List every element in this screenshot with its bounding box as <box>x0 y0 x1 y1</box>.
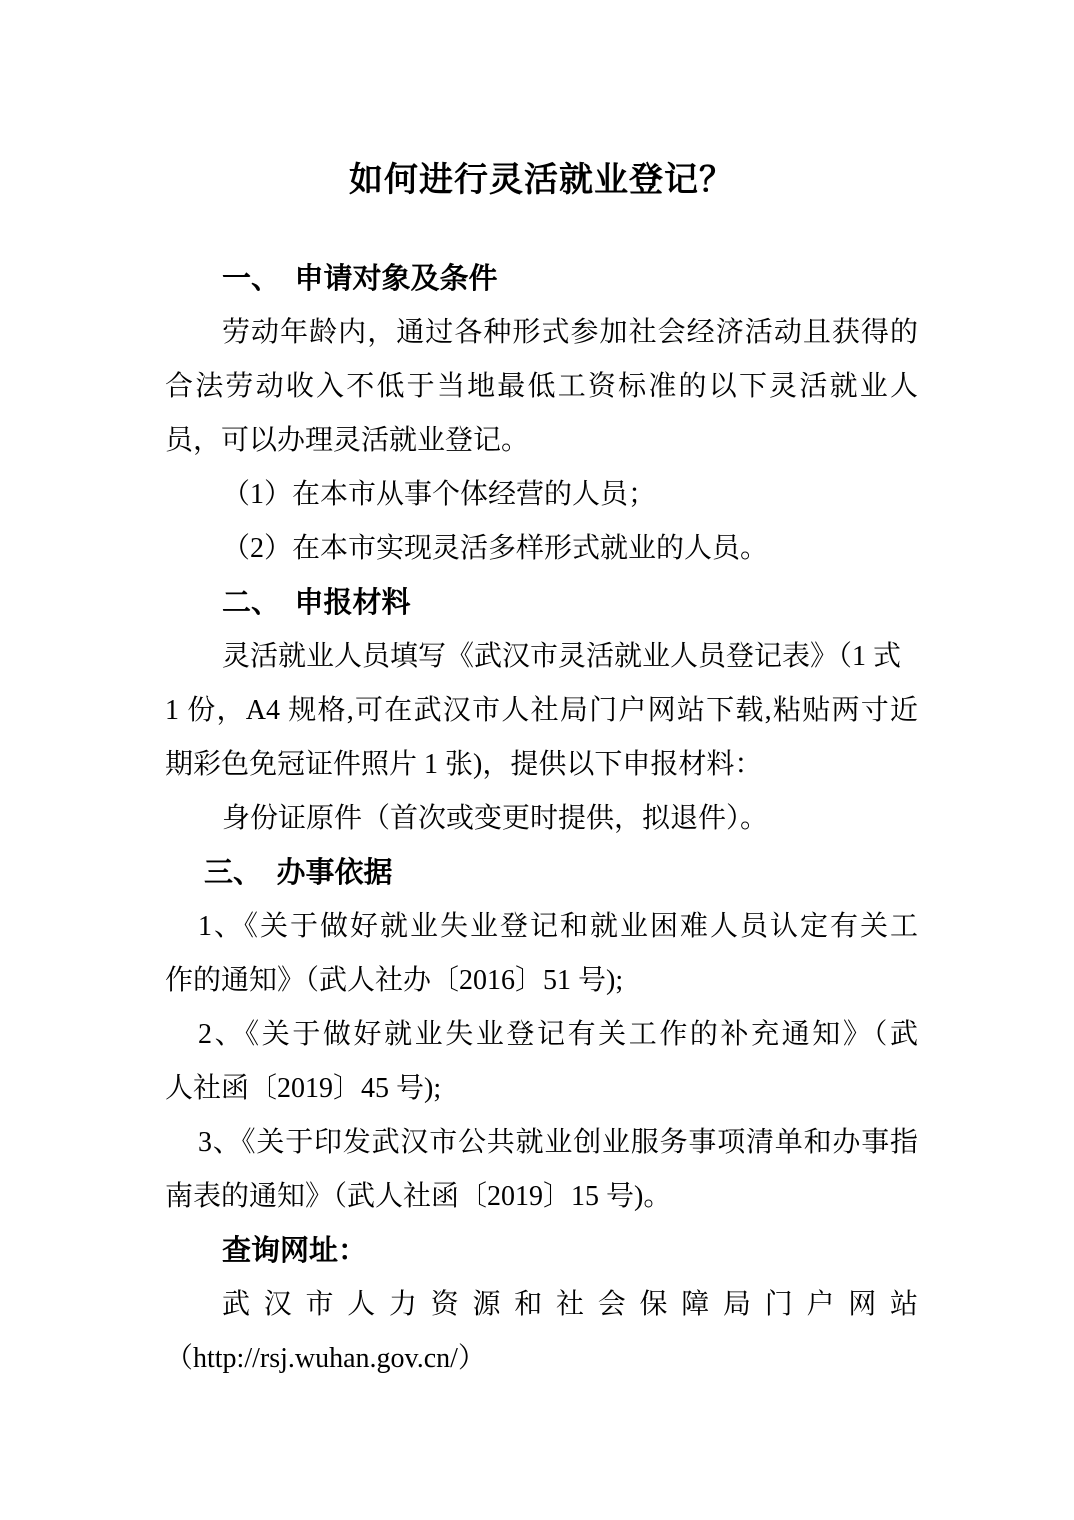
section-2-para-line-1: 灵活就业人员填写《武汉市灵活就业人员登记表》（1 式 <box>165 630 918 684</box>
section-2-para-line-3: 期彩色免冠证件照片 1 张)，提供以下申报材料： <box>165 738 918 792</box>
section-1-para-line-1: 劳动年龄内，通过各种形式参加社会经济活动且获得的 <box>165 306 918 360</box>
section-3-item-1-line-1: 1、《关于做好就业失业登记和就业困难人员认定有关工 <box>165 900 918 954</box>
section-3-item-1-line-2: 作的通知》（武人社办〔2016〕51 号); <box>165 954 918 1008</box>
query-url-site-name: 武汉市人力资源和社会保障局门户网站 <box>165 1278 918 1332</box>
section-2-para-line-2: 1 份，A4 规格,可在武汉市人社局门户网站下载,粘贴两寸近 <box>165 684 918 738</box>
section-1-heading: 一、 申请对象及条件 <box>165 252 918 306</box>
section-3-item-2-line-1: 2、《关于做好就业失业登记有关工作的补充通知》（武 <box>165 1008 918 1062</box>
document-title: 如何进行灵活就业登记？ <box>165 152 918 208</box>
section-2-heading: 二、 申报材料 <box>165 576 918 630</box>
section-2-para-2: 身份证原件（首次或变更时提供，拟退件）。 <box>165 792 918 846</box>
section-1-item-2: （2）在本市实现灵活多样形式就业的人员。 <box>165 522 918 576</box>
section-3-item-3-line-1: 3、《关于印发武汉市公共就业创业服务事项清单和办事指 <box>165 1116 918 1170</box>
section-1-para-line-3: 员，可以办理灵活就业登记。 <box>165 414 918 468</box>
document-page: 如何进行灵活就业登记？一、 申请对象及条件劳动年龄内，通过各种形式参加社会经济活… <box>0 0 1074 1520</box>
query-url-address: （http://rsj.wuhan.gov.cn/） <box>165 1332 918 1386</box>
section-3-item-3-line-2: 南表的通知》（武人社函〔2019〕15 号)。 <box>165 1170 918 1224</box>
section-3-heading: 三、 办事依据 <box>165 846 918 900</box>
section-3-item-2-line-2: 人社函〔2019〕45 号); <box>165 1062 918 1116</box>
section-1-item-1: （1）在本市从事个体经营的人员； <box>165 468 918 522</box>
query-url-heading: 查询网址： <box>165 1224 918 1278</box>
section-1-para-line-2: 合法劳动收入不低于当地最低工资标准的以下灵活就业人 <box>165 360 918 414</box>
